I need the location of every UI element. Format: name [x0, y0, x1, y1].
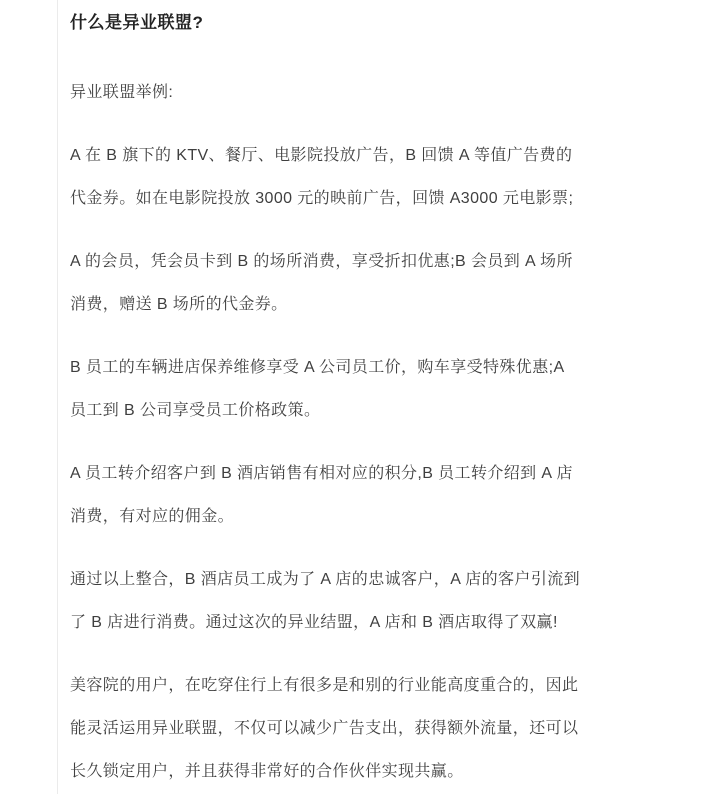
article-content: 什么是异业联盟? 异业联盟举例:A 在 B 旗下的 KTV、餐厅、电影院投放广告…: [70, 0, 655, 793]
text-line: A 的会员，凭会员卡到 B 的场所消费，享受折扣优惠;B 会员到 A 场所: [70, 240, 655, 283]
paragraph: 美容院的用户，在吃穿住行上有很多是和别的行业能高度重合的，因此能灵活运用异业联盟…: [70, 664, 655, 793]
left-divider-line: [57, 0, 58, 794]
text-line: B 员工的车辆进店保养维修享受 A 公司员工价，购车享受特殊优惠;A: [70, 346, 655, 389]
paragraph: 异业联盟举例:: [70, 71, 655, 114]
text-line: 员工到 B 公司享受员工价格政策。: [70, 389, 655, 432]
paragraph: A 员工转介绍客户到 B 酒店销售有相对应的积分,B 员工转介绍到 A 店消费，…: [70, 452, 655, 538]
text-line: 能灵活运用异业联盟，不仅可以减少广告支出，获得额外流量，还可以: [70, 707, 655, 750]
text-line: 异业联盟举例:: [70, 71, 655, 114]
text-line: 消费，赠送 B 场所的代金券。: [70, 283, 655, 326]
paragraph: B 员工的车辆进店保养维修享受 A 公司员工价，购车享受特殊优惠;A员工到 B …: [70, 346, 655, 432]
text-line: 通过以上整合，B 酒店员工成为了 A 店的忠诚客户，A 店的客户引流到: [70, 558, 655, 601]
paragraph-list: 异业联盟举例:A 在 B 旗下的 KTV、餐厅、电影院投放广告，B 回馈 A 等…: [70, 71, 655, 793]
text-line: 了 B 店进行消费。通过这次的异业结盟，A 店和 B 酒店取得了双赢!: [70, 601, 655, 644]
paragraph: A 的会员，凭会员卡到 B 的场所消费，享受折扣优惠;B 会员到 A 场所消费，…: [70, 240, 655, 326]
paragraph: 通过以上整合，B 酒店员工成为了 A 店的忠诚客户，A 店的客户引流到了 B 店…: [70, 558, 655, 644]
paragraph: A 在 B 旗下的 KTV、餐厅、电影院投放广告，B 回馈 A 等值广告费的代金…: [70, 134, 655, 220]
text-line: A 员工转介绍客户到 B 酒店销售有相对应的积分,B 员工转介绍到 A 店: [70, 452, 655, 495]
text-line: 代金券。如在电影院投放 3000 元的映前广告，回馈 A3000 元电影票;: [70, 177, 655, 220]
article-title: 什么是异业联盟?: [70, 11, 655, 35]
text-line: 长久锁定用户，并且获得非常好的合作伙伴实现共赢。: [70, 750, 655, 793]
text-line: 美容院的用户，在吃穿住行上有很多是和别的行业能高度重合的，因此: [70, 664, 655, 707]
text-line: A 在 B 旗下的 KTV、餐厅、电影院投放广告，B 回馈 A 等值广告费的: [70, 134, 655, 177]
text-line: 消费，有对应的佣金。: [70, 495, 655, 538]
